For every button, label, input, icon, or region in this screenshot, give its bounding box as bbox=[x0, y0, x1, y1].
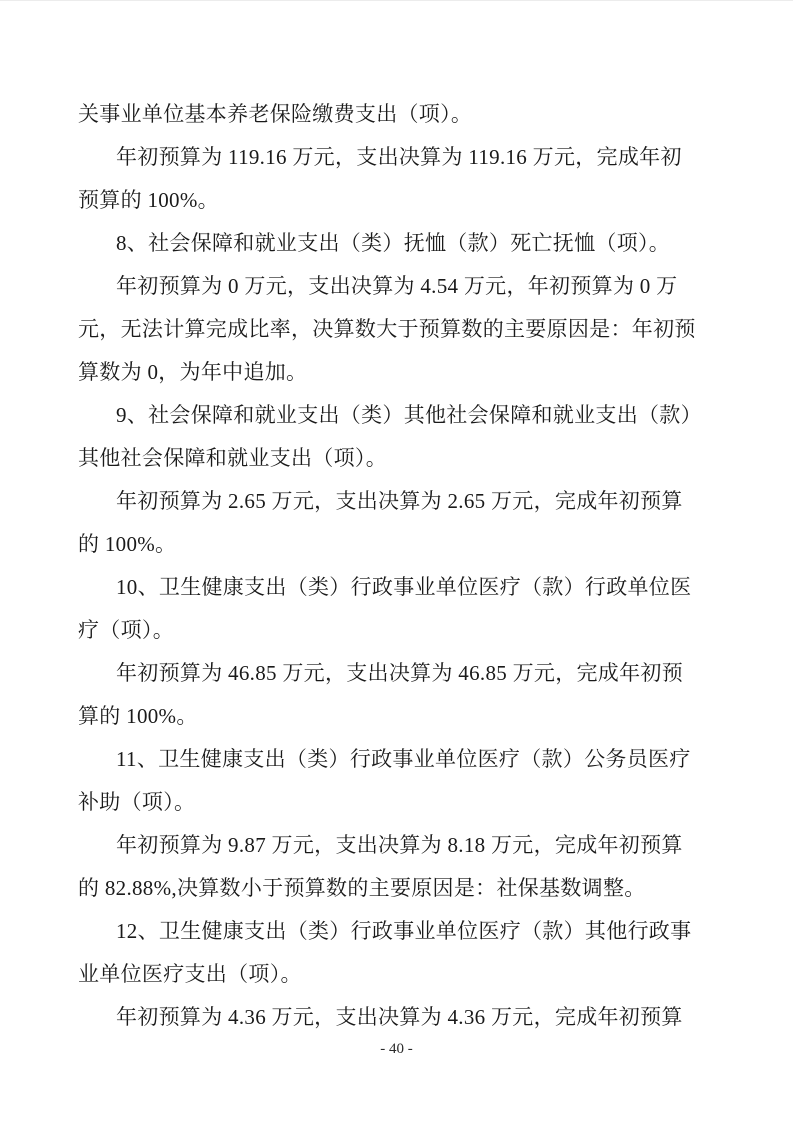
text-line: 8、社会保障和就业支出（类）抚恤（款）死亡抚恤（项）。 bbox=[78, 222, 726, 265]
text-line: 的 82.88%,决算数小于预算数的主要原因是：社保基数调整。 bbox=[78, 867, 726, 910]
text-line: 年初预算为 9.87 万元，支出决算为 8.18 万元，完成年初预算 bbox=[78, 824, 726, 867]
text-line: 10、卫生健康支出（类）行政事业单位医疗（款）行政单位医 bbox=[78, 566, 726, 609]
document-page: 关事业单位基本养老保险缴费支出（项）。年初预算为 119.16 万元，支出决算为… bbox=[0, 0, 793, 1122]
text-line: 年初预算为 119.16 万元，支出决算为 119.16 万元，完成年初 bbox=[78, 136, 726, 179]
text-line: 算的 100%。 bbox=[78, 695, 726, 738]
text-line: 的 100%。 bbox=[78, 523, 726, 566]
text-line: 年初预算为 46.85 万元，支出决算为 46.85 万元，完成年初预 bbox=[78, 652, 726, 695]
text-line: 年初预算为 2.65 万元，支出决算为 2.65 万元，完成年初预算 bbox=[78, 480, 726, 523]
text-line: 预算的 100%。 bbox=[78, 179, 726, 222]
text-line: 业单位医疗支出（项）。 bbox=[78, 953, 726, 996]
page-number: - 40 - bbox=[0, 1037, 793, 1061]
text-line: 9、社会保障和就业支出（类）其他社会保障和就业支出（款） bbox=[78, 394, 726, 437]
text-line: 年初预算为 0 万元，支出决算为 4.54 万元，年初预算为 0 万 bbox=[78, 265, 726, 308]
text-line: 年初预算为 4.36 万元，支出决算为 4.36 万元，完成年初预算 bbox=[78, 996, 726, 1039]
text-line: 12、卫生健康支出（类）行政事业单位医疗（款）其他行政事 bbox=[78, 910, 726, 953]
text-line: 元，无法计算完成比率，决算数大于预算数的主要原因是：年初预 bbox=[78, 308, 726, 351]
document-body: 关事业单位基本养老保险缴费支出（项）。年初预算为 119.16 万元，支出决算为… bbox=[78, 93, 726, 1039]
text-line: 其他社会保障和就业支出（项）。 bbox=[78, 437, 726, 480]
text-line: 补助（项）。 bbox=[78, 781, 726, 824]
text-line: 11、卫生健康支出（类）行政事业单位医疗（款）公务员医疗 bbox=[78, 738, 726, 781]
text-line: 关事业单位基本养老保险缴费支出（项）。 bbox=[78, 93, 726, 136]
text-line: 疗（项）。 bbox=[78, 609, 726, 652]
text-line: 算数为 0，为年中追加。 bbox=[78, 351, 726, 394]
